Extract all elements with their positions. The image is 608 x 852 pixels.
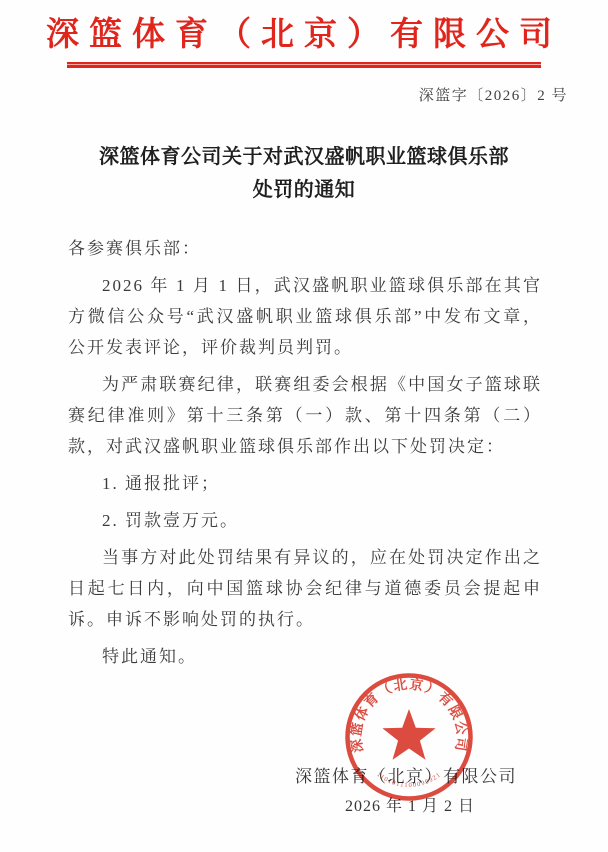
paragraph-incident: 2026 年 1 月 1 日，武汉盛帆职业篮球俱乐部在其官方微信公众号“武汉盛帆… <box>68 270 542 363</box>
document-reference-number: 深篮字〔2026〕2 号 <box>419 84 568 105</box>
document-body: 各参赛俱乐部： 2026 年 1 月 1 日，武汉盛帆职业篮球俱乐部在其官方微信… <box>68 233 542 672</box>
official-notice-page: 深篮体育（北京）有限公司 深篮字〔2026〕2 号 深篮体育公司关于对武汉盛帆职… <box>0 0 608 852</box>
decision-item-2: 2. 罚款壹万元。 <box>68 505 542 536</box>
letterhead-divider-rule <box>67 62 541 68</box>
document-title-line-1: 深篮体育公司关于对武汉盛帆职业篮球俱乐部 <box>0 141 608 174</box>
decision-item-1: 1. 通报批评； <box>68 468 542 499</box>
company-seal: 深篮体育（北京）有限公司 1101011100099921 <box>341 669 477 805</box>
paragraph-ruling-basis: 为严肃联赛纪律，联赛组委会根据《中国女子篮球联赛纪律准则》第十三条第（一）款、第… <box>68 369 542 462</box>
letterhead-company-name: 深篮体育（北京）有限公司 <box>0 8 608 55</box>
svg-text:1101011100099921: 1101011100099921 <box>375 771 442 789</box>
document-title: 深篮体育公司关于对武汉盛帆职业篮球俱乐部 处罚的通知 <box>0 141 608 207</box>
salutation: 各参赛俱乐部： <box>68 233 542 264</box>
star-icon <box>382 709 435 760</box>
closing-statement: 特此通知。 <box>68 641 542 672</box>
document-title-line-2: 处罚的通知 <box>0 174 608 207</box>
paragraph-appeal: 当事方对此处罚结果有异议的，应在处罚决定作出之日起七日内，向中国篮球协会纪律与道… <box>68 542 542 635</box>
seal-serial-number: 1101011100099921 <box>375 771 442 789</box>
